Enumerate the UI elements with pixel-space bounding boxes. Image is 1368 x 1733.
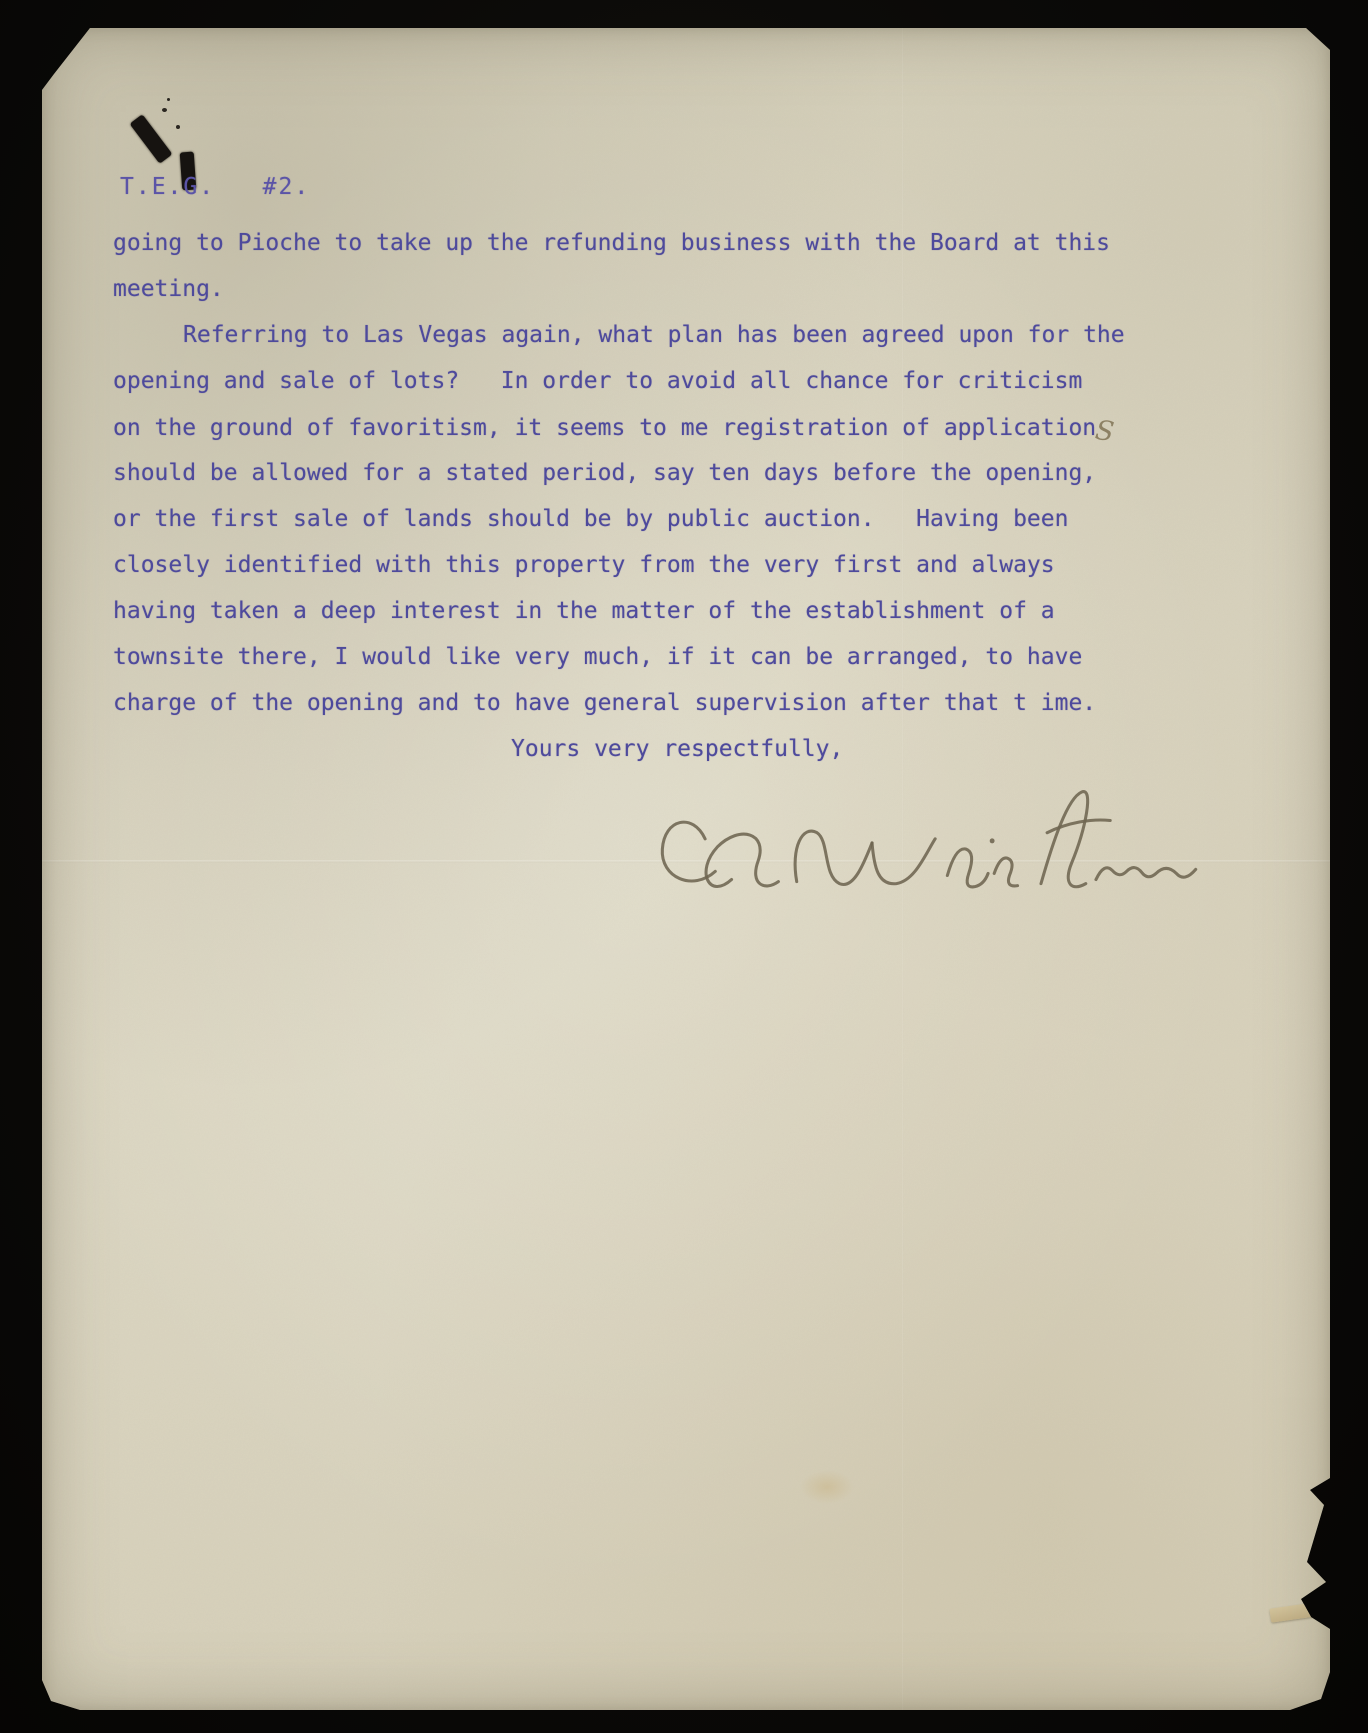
letter-line: closely identified with this property fr… — [113, 542, 1243, 588]
letter-line: opening and sale of lots? In order to av… — [113, 358, 1243, 404]
ink-speck — [167, 98, 170, 101]
letter-line: townsite there, I would like very much, … — [113, 634, 1243, 680]
tape-fragment — [1269, 1599, 1338, 1622]
letter-body: going to Pioche to take up the refunding… — [113, 220, 1243, 772]
page-header: T.E.G. #2. — [120, 174, 310, 200]
black-ink-mark — [130, 114, 173, 164]
letter-line-text: on the ground of favoritism, it seems to… — [113, 415, 1096, 441]
letter-line: going to Pioche to take up the refunding… — [113, 220, 1243, 266]
letter-line: charge of the opening and to have genera… — [113, 680, 1243, 726]
photo-backdrop: T.E.G. #2. going to Pioche to take up th… — [0, 0, 1368, 1733]
letter-line: or the first sale of lands should be by … — [113, 496, 1243, 542]
letter-line: on the ground of favoritism, it seems to… — [113, 404, 1243, 450]
signature-stroke — [642, 768, 1212, 928]
letter-line: having taken a deep interest in the matt… — [113, 588, 1243, 634]
closing-line: Yours very respectfully, — [113, 726, 1243, 772]
ink-speck — [176, 125, 180, 129]
ink-speck — [162, 108, 167, 112]
letter-line: should be allowed for a stated period, s… — [113, 450, 1243, 496]
signature: C. O. Whittemore — [642, 768, 1212, 928]
letter-line: meeting. — [113, 266, 1243, 312]
age-stain — [800, 1470, 854, 1504]
letter-line: Referring to Las Vegas again, what plan … — [113, 312, 1243, 358]
letter-page: T.E.G. #2. going to Pioche to take up th… — [42, 28, 1330, 1710]
